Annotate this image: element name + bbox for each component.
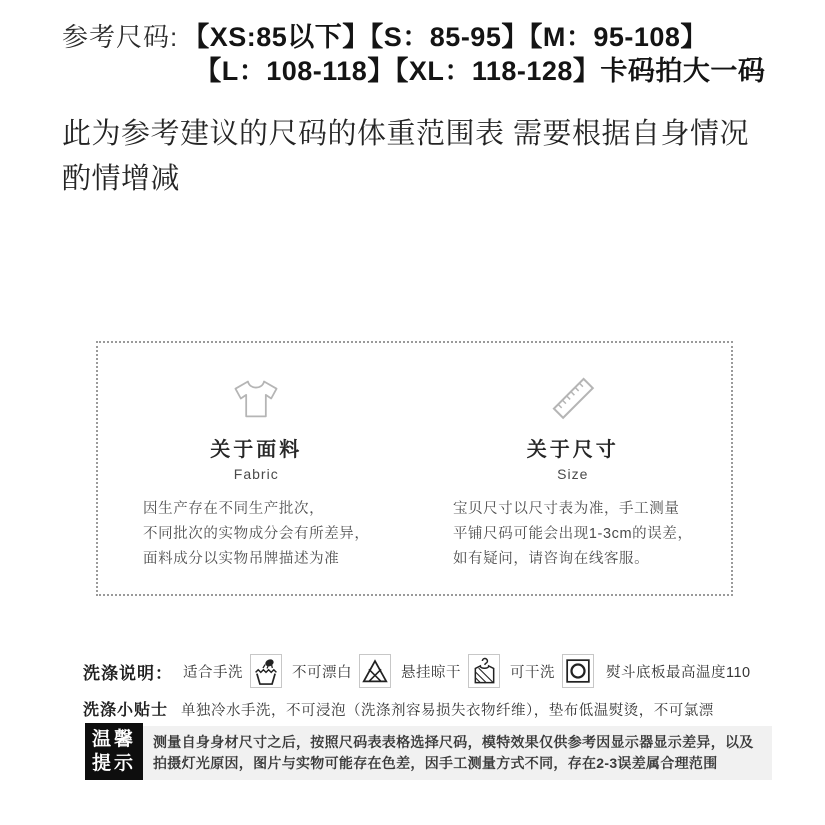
weight-range-note: 此为参考建议的尺码的体重范围表 需要根据自身情况酌情增减 bbox=[62, 112, 777, 202]
size-column: 关于尺寸 Size 宝贝尺寸以尺寸表为准，手工测量 平铺尺码可能会出现1-3cm… bbox=[415, 343, 732, 594]
hang-dry-label: 悬挂晾干 bbox=[401, 661, 461, 682]
fabric-title: 关于面料 bbox=[210, 439, 302, 461]
washing-tips-text: 单独冷水手洗，不可浸泡（洗涤剂容易损失衣物纤维），垫布低温熨烫，不可氯漂 bbox=[181, 699, 714, 720]
size-description-line: 平铺尺码可能会出现1-3cm的误差， bbox=[453, 522, 693, 547]
size-description-line: 如有疑问，请咨询在线客服。 bbox=[453, 547, 693, 572]
washing-tips-label: 洗涤小贴士 bbox=[83, 697, 168, 720]
size-reference-values: 【XS:85以下】【S：85-95】【M：95-108】 【L：108-118】… bbox=[182, 20, 765, 88]
washing-tips-row: 洗涤小贴士 单独冷水手洗，不可浸泡（洗涤剂容易损失衣物纤维），垫布低温熨烫，不可… bbox=[83, 697, 714, 720]
fabric-description-line: 因生产存在不同生产批次， bbox=[143, 497, 370, 522]
size-reference-line-2: 【L：108-118】【XL：118-128】卡码拍大一码 bbox=[182, 54, 765, 88]
hand-wash-icon bbox=[250, 654, 282, 688]
fabric-description-line: 面料成分以实物吊牌描述为准 bbox=[143, 547, 370, 572]
warm-notice-badge-line-2: 提示 bbox=[92, 752, 136, 776]
fabric-subtitle: Fabric bbox=[234, 466, 279, 483]
size-reference-label: 参考尺码: bbox=[62, 20, 178, 54]
washing-instructions-row: 洗涤说明： 适合手洗 不可漂白 悬挂晾干 bbox=[83, 652, 751, 690]
wash-item-hang-dry: 悬挂晾干 bbox=[401, 654, 500, 688]
size-description: 宝贝尺寸以尺寸表为准，手工测量 平铺尺码可能会出现1-3cm的误差， 如有疑问，… bbox=[453, 497, 693, 572]
ruler-icon bbox=[547, 373, 599, 423]
washing-instructions-label: 洗涤说明： bbox=[83, 659, 173, 684]
iron-temperature-note: 熨斗底板最高温度110 bbox=[606, 661, 751, 682]
product-size-info-page: 参考尺码: 【XS:85以下】【S：85-95】【M：95-108】 【L：10… bbox=[0, 0, 825, 825]
warm-notice-badge: 温馨 提示 bbox=[85, 723, 143, 780]
warm-notice-text: 测量自身身材尺寸之后，按照尺码表表格选择尺码，模特效果仅供参考因显示器显示差异，… bbox=[143, 726, 772, 780]
wash-item-no-bleach: 不可漂白 bbox=[292, 654, 391, 688]
fabric-size-panel: 关于面料 Fabric 因生产存在不同生产批次， 不同批次的实物成分会有所差异，… bbox=[96, 341, 733, 596]
no-bleach-icon bbox=[359, 654, 391, 688]
fabric-description: 因生产存在不同生产批次， 不同批次的实物成分会有所差异， 面料成分以实物吊牌描述… bbox=[143, 497, 370, 572]
hand-wash-label: 适合手洗 bbox=[183, 661, 243, 682]
warm-notice-block: 温馨 提示 测量自身身材尺寸之后，按照尺码表表格选择尺码，模特效果仅供参考因显示… bbox=[85, 723, 772, 783]
tshirt-icon bbox=[231, 373, 281, 423]
warm-notice-badge-line-1: 温馨 bbox=[92, 728, 136, 752]
size-subtitle: Size bbox=[557, 466, 588, 483]
size-description-line: 宝贝尺寸以尺寸表为准，手工测量 bbox=[453, 497, 693, 522]
wash-item-hand-wash: 适合手洗 bbox=[183, 654, 282, 688]
size-reference-line-1: 【XS:85以下】【S：85-95】【M：95-108】 bbox=[182, 20, 765, 54]
fabric-description-line: 不同批次的实物成分会有所差异， bbox=[143, 522, 370, 547]
size-reference-block: 参考尺码: 【XS:85以下】【S：85-95】【M：95-108】 【L：10… bbox=[62, 20, 765, 88]
no-bleach-label: 不可漂白 bbox=[292, 661, 352, 682]
dry-clean-label: 可干洗 bbox=[510, 661, 555, 682]
wash-item-dry-clean: 可干洗 bbox=[510, 654, 594, 688]
hang-dry-icon bbox=[468, 654, 500, 688]
size-title: 关于尺寸 bbox=[527, 439, 619, 461]
dry-clean-icon bbox=[562, 654, 594, 688]
fabric-column: 关于面料 Fabric 因生产存在不同生产批次， 不同批次的实物成分会有所差异，… bbox=[98, 343, 415, 594]
